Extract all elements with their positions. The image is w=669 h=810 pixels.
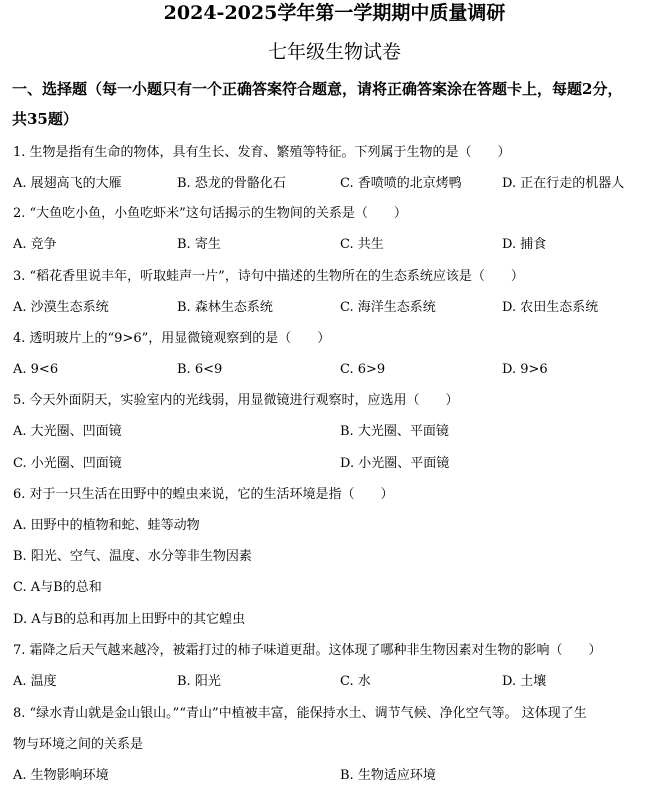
q3-option-c: C. 海洋生态系统 bbox=[340, 299, 436, 317]
q7-option-d: D. 土壤 bbox=[502, 673, 546, 691]
question-2-stem: 2. “大鱼吃小鱼，小鱼吃虾米”这句话揭示的生物间的关系是（ ） bbox=[13, 205, 407, 223]
q5-option-d: D. 小光圈、平面镜 bbox=[340, 455, 449, 473]
exam-title: 2024-2025学年第一学期期中质量调研 bbox=[0, 1, 669, 25]
q3-option-a: A. 沙漠生态系统 bbox=[13, 299, 109, 317]
q6-option-a: A. 田野中的植物和蛇、蛙等动物 bbox=[13, 517, 200, 535]
q4-option-a: A. 9<6 bbox=[13, 361, 58, 379]
q8-option-a: A. 生物影响环境 bbox=[13, 767, 109, 785]
q6-option-d: D. A与B的总和再加上田野中的其它蝗虫 bbox=[13, 611, 245, 629]
q2-option-a: A. 竞争 bbox=[13, 236, 57, 254]
q5-option-c: C. 小光圈、凹面镜 bbox=[13, 455, 122, 473]
question-3-stem: 3. “稻花香里说丰年，听取蛙声一片”，诗句中描述的生物所在的生态系统应该是（ … bbox=[13, 268, 524, 286]
exam-subtitle: 七年级生物试卷 bbox=[0, 40, 669, 64]
q1-option-b: B. 恐龙的骨骼化石 bbox=[177, 175, 286, 193]
question-6-stem: 6. 对于一只生活在田野中的蝗虫来说，它的生活环境是指（ ） bbox=[13, 486, 394, 504]
q1-option-a: A. 展翅高飞的大雁 bbox=[13, 175, 122, 193]
q7-option-b: B. 阳光 bbox=[177, 673, 221, 691]
question-4-stem: 4. 透明玻片上的“9>6”，用显微镜观察到的是（ ） bbox=[13, 330, 330, 348]
q2-option-c: C. 共生 bbox=[340, 236, 384, 254]
q3-option-d: D. 农田生态系统 bbox=[502, 299, 598, 317]
question-7-stem: 7. 霜降之后天气越来越冷，被霜打过的柿子味道更甜。这体现了哪种非生物因素对生物… bbox=[13, 642, 602, 660]
q5-option-a: A. 大光圈、凹面镜 bbox=[13, 423, 122, 441]
q2-option-b: B. 寄生 bbox=[177, 236, 221, 254]
q2-option-d: D. 捕食 bbox=[502, 236, 546, 254]
section-heading-cont: 共35题） bbox=[12, 109, 662, 129]
q4-option-b: B. 6<9 bbox=[177, 361, 222, 379]
question-8-stem: 8. “绿水青山就是金山银山。”“青山”中植被丰富，能保持水土、调节气候、净化空… bbox=[13, 705, 587, 723]
q5-option-b: B. 大光圈、平面镜 bbox=[340, 423, 449, 441]
q6-option-c: C. A与B的总和 bbox=[13, 579, 102, 597]
question-1-stem: 1. 生物是指有生命的物体，具有生长、发育、繁殖等特征。下列属于生物的是（ ） bbox=[13, 144, 511, 162]
q4-option-d: D. 9>6 bbox=[502, 361, 548, 379]
q7-option-a: A. 温度 bbox=[13, 673, 57, 691]
q3-option-b: B. 森林生态系统 bbox=[177, 299, 273, 317]
q4-option-c: C. 6>9 bbox=[340, 361, 385, 379]
q6-option-b: B. 阳光、空气、温度、水分等非生物因素 bbox=[13, 548, 252, 566]
q1-option-d: D. 正在行走的机器人 bbox=[502, 175, 624, 193]
q8-option-b: B. 生物适应环境 bbox=[340, 767, 436, 785]
section-heading: 一、选择题（每一小题只有一个正确答案符合题意，请将正确答案涂在答题卡上，每题2分… bbox=[12, 79, 662, 99]
q7-option-c: C. 水 bbox=[340, 673, 371, 691]
q1-option-c: C. 香喷喷的北京烤鸭 bbox=[340, 175, 462, 193]
question-8-stem-cont: 物与环境之间的关系是 bbox=[13, 736, 143, 754]
question-5-stem: 5. 今天外面阴天，实验室内的光线弱，用显微镜进行观察时，应选用（ ） bbox=[13, 392, 459, 410]
